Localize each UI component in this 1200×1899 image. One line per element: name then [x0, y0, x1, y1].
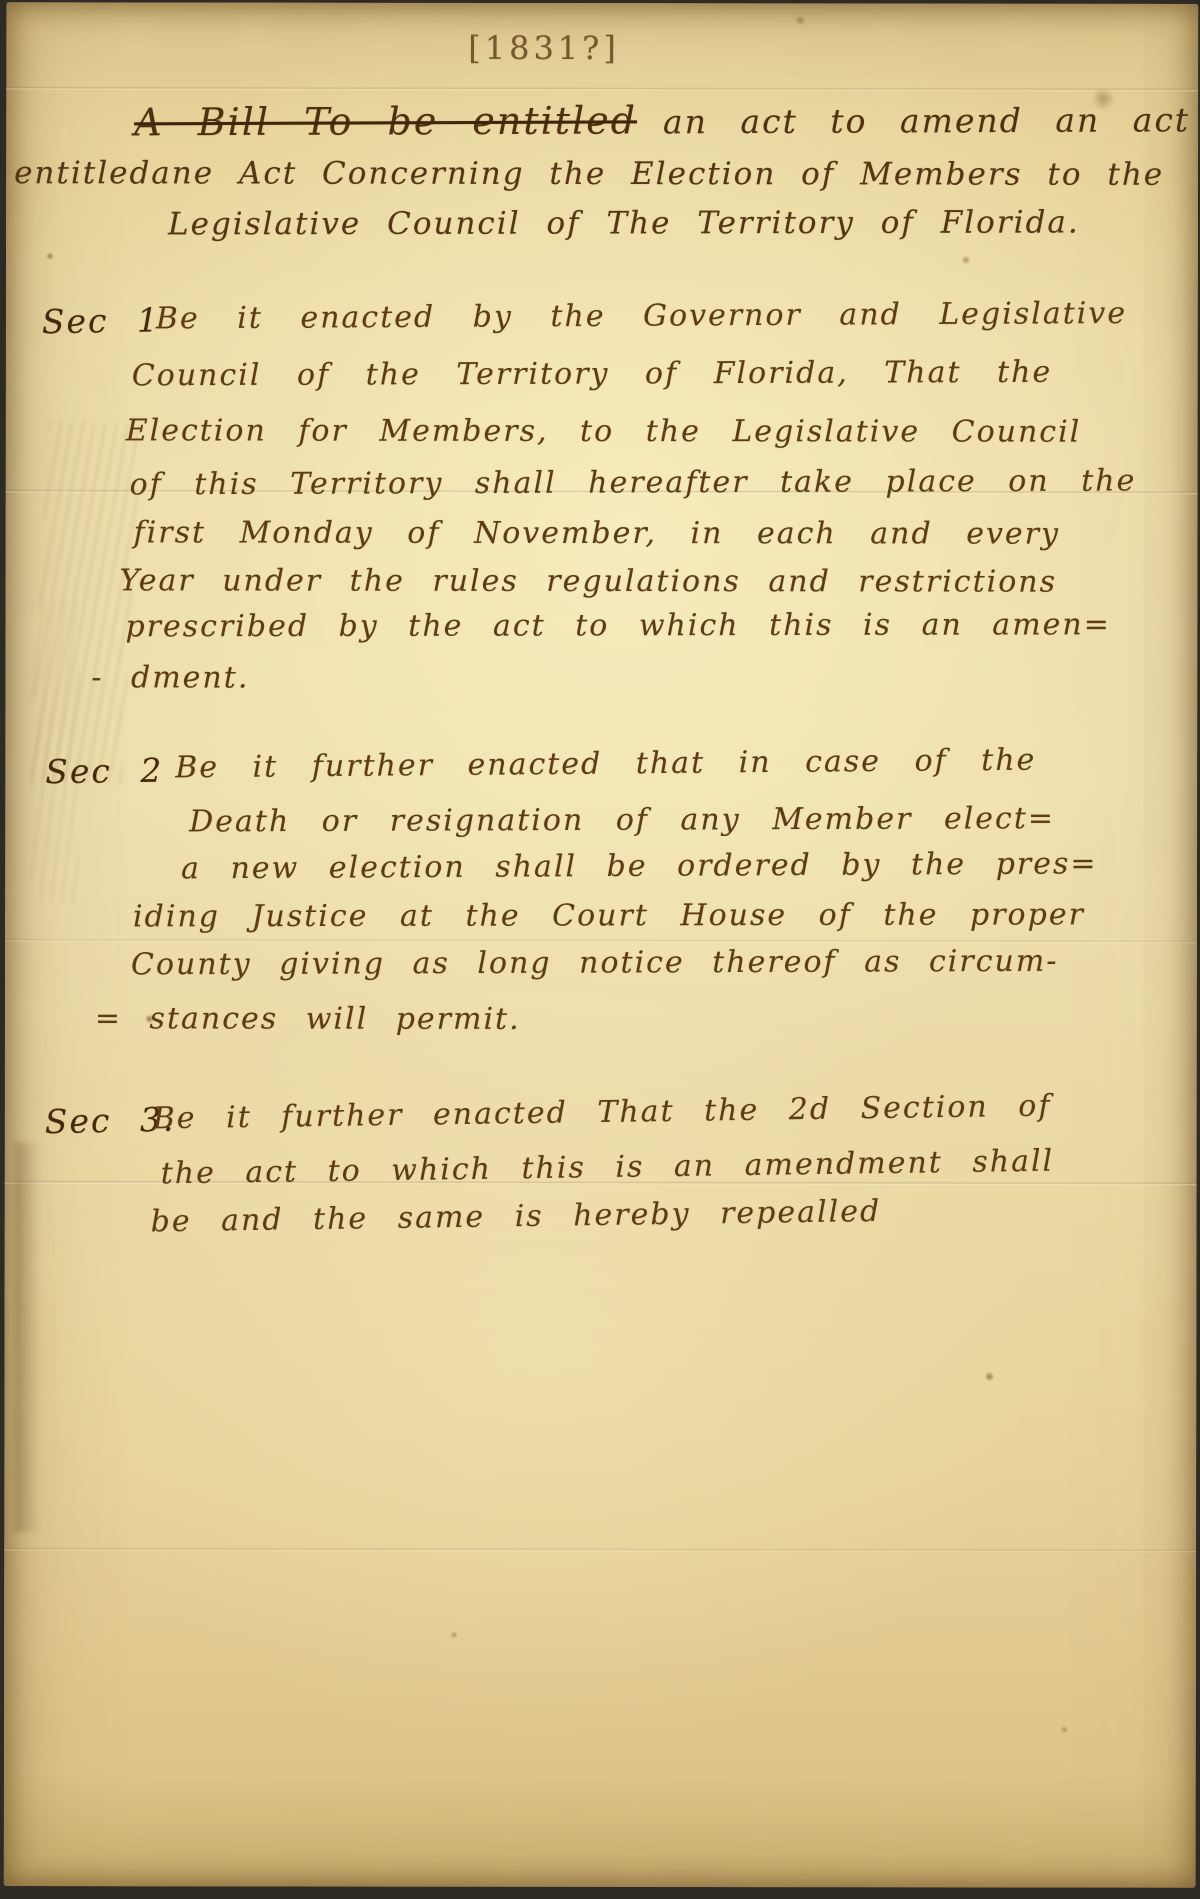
- section-2-line: County giving as long notice thereof as …: [131, 944, 1059, 983]
- title-line-2: entitledane Act Concerning the Election …: [14, 155, 1164, 193]
- ink-showthrough: [30, 420, 141, 784]
- paper-stain: [1060, 1726, 1069, 1734]
- section-1-line: prescribed by the act to which this is a…: [125, 607, 1110, 644]
- section-2-line: = stances will permit.: [95, 1001, 521, 1037]
- date-annotation: [1831?]: [468, 29, 620, 67]
- section-1-line: Election for Members, to the Legislative…: [126, 413, 1082, 449]
- section-1-line: first Monday of November, in each and ev…: [134, 515, 1060, 551]
- section-1-line: - dment.: [91, 660, 249, 695]
- struck-out-title-text: A Bill To be entitled: [134, 98, 637, 144]
- paper-crease: [6, 86, 1198, 92]
- paper-stain: [794, 15, 806, 25]
- paper-crease: [4, 1547, 1196, 1553]
- title-line-1: A Bill To be entitledan act to amend an …: [134, 96, 1190, 144]
- section-2-line: a new election shall be ordered by the p…: [181, 846, 1098, 886]
- paper-stain: [961, 256, 971, 265]
- section-2-label: Sec 2: [45, 751, 164, 791]
- section-1-line: Council of the Territory of Florida, Tha…: [132, 355, 1053, 394]
- paper-stain: [984, 1372, 994, 1382]
- title-line-1-rest: an act to amend an act: [663, 100, 1190, 141]
- section-2-line: iding Justice at the Court House of the …: [133, 897, 1085, 934]
- section-3-line: the act to which this is an amendment sh…: [160, 1144, 1054, 1192]
- section-1-line: of this Territory shall hereafter take p…: [130, 463, 1137, 502]
- manuscript-paper: [1831?] A Bill To be entitledan act to a…: [4, 2, 1199, 1888]
- paper-stain: [46, 252, 54, 260]
- scanned-manuscript: [1831?] A Bill To be entitledan act to a…: [0, 0, 1200, 1899]
- section-3-line: Be it further enacted That the 2d Sectio…: [153, 1089, 1052, 1137]
- section-1-label: Sec 1: [42, 300, 161, 341]
- title-line-3: Legislative Council of The Territory of …: [168, 204, 1080, 242]
- paper-stain: [450, 1631, 458, 1639]
- section-1-line: Year under the rules regulations and res…: [119, 563, 1057, 599]
- section-2-line: Death or resignation of any Member elect…: [189, 801, 1055, 839]
- section-1-line: Be it enacted by the Governor and Legisl…: [156, 296, 1127, 336]
- section-2-line: Be it further enacted that in case of th…: [175, 743, 1036, 786]
- edge-shadow: [14, 1142, 41, 1532]
- section-3-line: be and the same is hereby repealled: [150, 1194, 881, 1239]
